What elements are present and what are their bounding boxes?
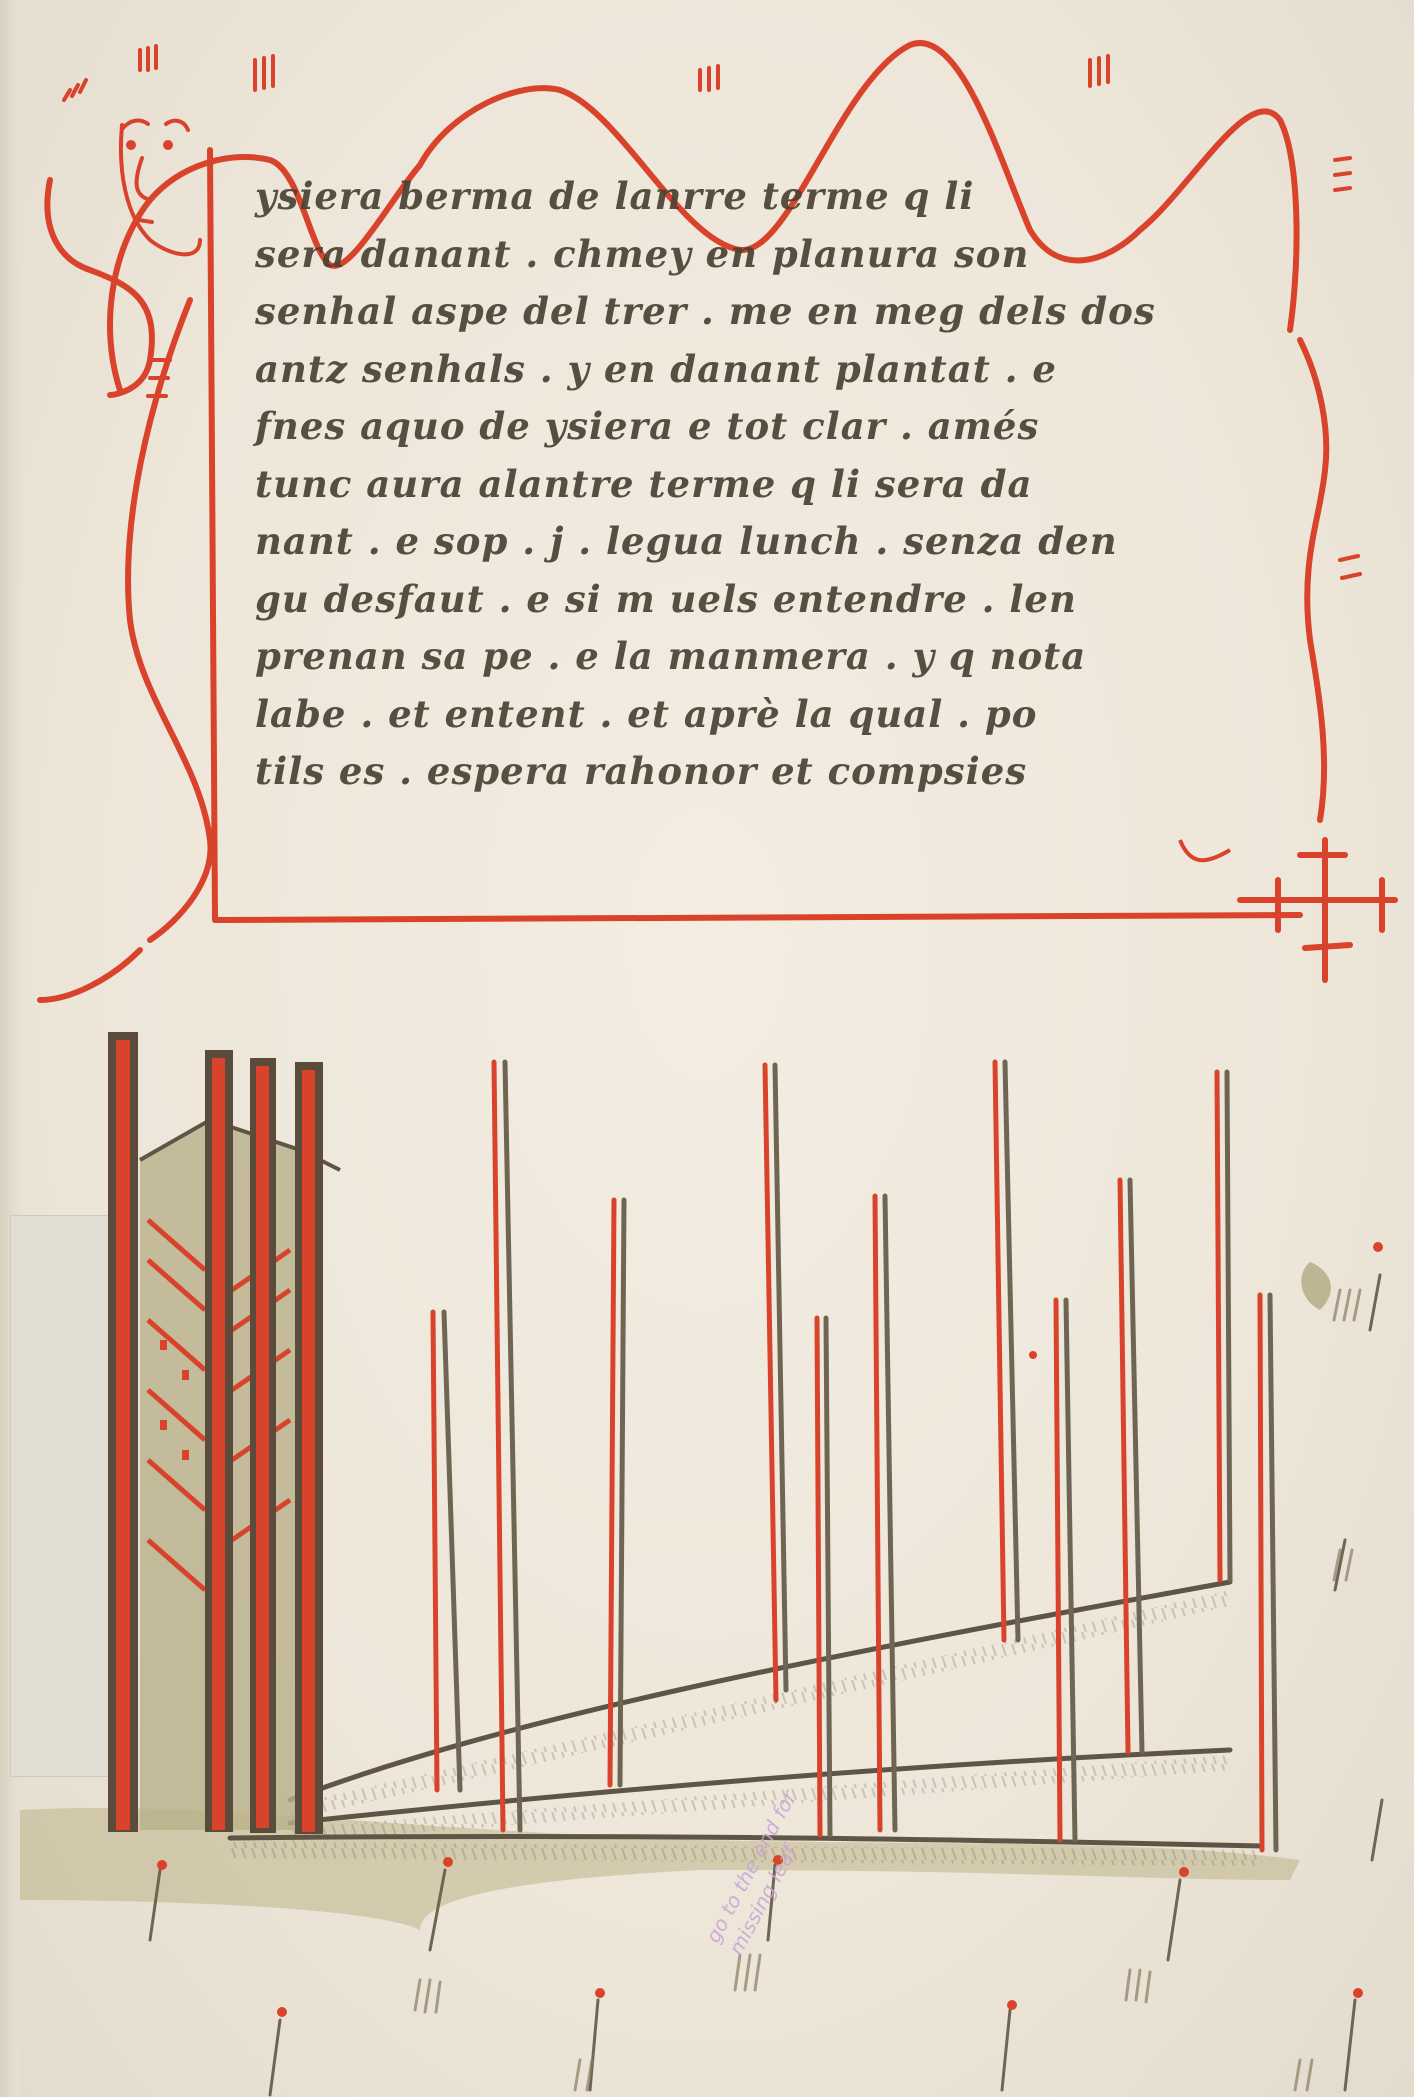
text-line: nant . e sop . j . legua lunch . senza d… xyxy=(255,513,1275,571)
text-line: gu desfaut . e si m uels entendre . len xyxy=(255,571,1275,629)
pole xyxy=(817,1318,830,1835)
pole xyxy=(1120,1180,1142,1752)
pole xyxy=(494,1062,520,1830)
text-line: ysiera berma de lanrre terme q li xyxy=(255,168,1275,226)
text-line: senhal aspe del trer . me en meg dels do… xyxy=(255,283,1275,341)
text-line: fnes aquo de ysiera e tot clar . amés xyxy=(255,398,1275,456)
pole xyxy=(610,1200,624,1785)
text-line: labe . et entent . et aprè la qual . po xyxy=(255,686,1275,744)
pole xyxy=(1217,1072,1230,1580)
text-line: antz senhals . y en danant plantat . e xyxy=(255,341,1275,399)
text-line: sera danant . chmey en planura son xyxy=(255,226,1275,284)
pole xyxy=(875,1196,895,1830)
text-line: tils es . espera rahonor et compsies xyxy=(255,743,1275,801)
pole xyxy=(995,1062,1018,1640)
manuscript-page: ysiera berma de lanrre terme q li sera d… xyxy=(0,0,1414,2097)
line-end-flourish xyxy=(1180,840,1230,860)
pole xyxy=(1260,1295,1276,1850)
text-line: tunc aura alantre terme q li sera da xyxy=(255,456,1275,514)
pole xyxy=(765,1065,786,1700)
cross-ornament xyxy=(1240,840,1395,980)
pole xyxy=(433,1312,460,1790)
ground-hatching xyxy=(230,1590,1262,1866)
surveying-poles xyxy=(433,1062,1276,1850)
manuscript-text: ysiera berma de lanrre terme q li sera d… xyxy=(255,168,1275,801)
text-line: prenan sa pe . e la manmera . y q nota xyxy=(255,628,1275,686)
